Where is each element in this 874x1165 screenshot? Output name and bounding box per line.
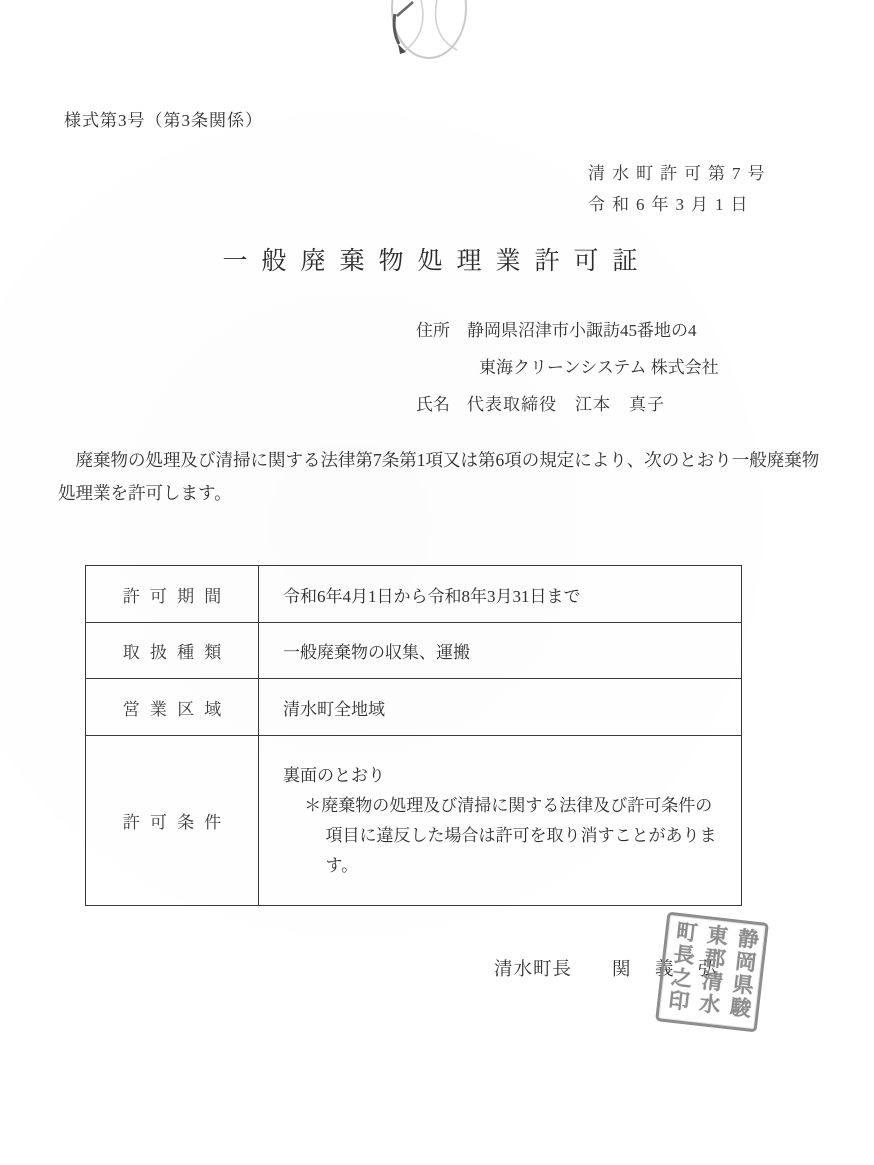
permit-header: 清水町許可第7号 令和6年3月1日: [588, 158, 772, 220]
company-name: 東海クリーンシステム 株式会社: [479, 358, 719, 377]
body-paragraph: 廃棄物の処理及び清掃に関する法律第7条第1項又は第6項の規定により、次のとおり一…: [58, 444, 822, 510]
page-title: 一般廃棄物処理業許可証: [0, 241, 874, 277]
permit-date: 令和6年3月1日: [588, 189, 772, 220]
addressee-company-line: 東海クリーンシステム 株式会社: [479, 353, 719, 378]
addressee-address-line: 住所静岡県沼津市小諏訪45番地の4: [416, 316, 697, 341]
addressee-name-line: 氏名代表取締役 江本 真子: [416, 390, 665, 415]
row-label-waste-type: 取扱種類: [86, 623, 259, 679]
address-label: 住所: [416, 321, 450, 340]
condition-line: 裏面のとおり: [283, 761, 727, 791]
row-value-permit-period: 令和6年4月1日から令和8年3月31日まで: [259, 566, 742, 623]
permit-conditions-text: 裏面のとおり ＊廃棄物の処理及び清掃に関する法律及び許可条件の項目に違反した場合…: [283, 755, 731, 887]
permit-certificate-page: 様式第3号（第3条関係） 清水町許可第7号 令和6年3月1日 一般廃棄物処理業許…: [0, 0, 874, 1165]
row-label-permit-period: 許可期間: [86, 566, 259, 623]
mayor-office-title: 清水町長: [494, 960, 572, 980]
table-row: 許可期間 令和6年4月1日から令和8年3月31日まで: [86, 566, 742, 623]
row-value-business-area: 清水町全地域: [259, 679, 742, 736]
seal-text: 静岡県駿東郡清水町長之印: [660, 919, 763, 1025]
row-label-business-area: 営業区域: [86, 679, 259, 736]
condition-line: ＊廃棄物の処理及び清掃に関する法律及び許可条件の項目に違反した場合は許可を取り消…: [283, 791, 727, 881]
row-value-waste-type: 一般廃棄物の収集、運搬: [259, 623, 742, 679]
address-value: 静岡県沼津市小諏訪45番地の4: [467, 321, 697, 340]
row-label-permit-conditions: 許可条件: [86, 736, 259, 906]
crest-watermark-icon: [383, 0, 475, 64]
table-row: 営業区域 清水町全地域: [86, 679, 742, 736]
name-label: 氏名: [416, 395, 450, 414]
permit-number: 清水町許可第7号: [588, 158, 772, 189]
row-value-permit-conditions: 裏面のとおり ＊廃棄物の処理及び清掃に関する法律及び許可条件の項目に違反した場合…: [259, 736, 742, 906]
official-seal-stamp: 静岡県駿東郡清水町長之印: [655, 912, 769, 1033]
table-row: 取扱種類 一般廃棄物の収集、運搬: [86, 623, 742, 679]
permit-details-table: 許可期間 令和6年4月1日から令和8年3月31日まで 取扱種類 一般廃棄物の収集…: [85, 565, 742, 906]
representative-name: 代表取締役 江本 真子: [467, 395, 665, 414]
form-number: 様式第3号（第3条関係）: [64, 106, 263, 131]
table-row: 許可条件 裏面のとおり ＊廃棄物の処理及び清掃に関する法律及び許可条件の項目に違…: [86, 736, 742, 906]
